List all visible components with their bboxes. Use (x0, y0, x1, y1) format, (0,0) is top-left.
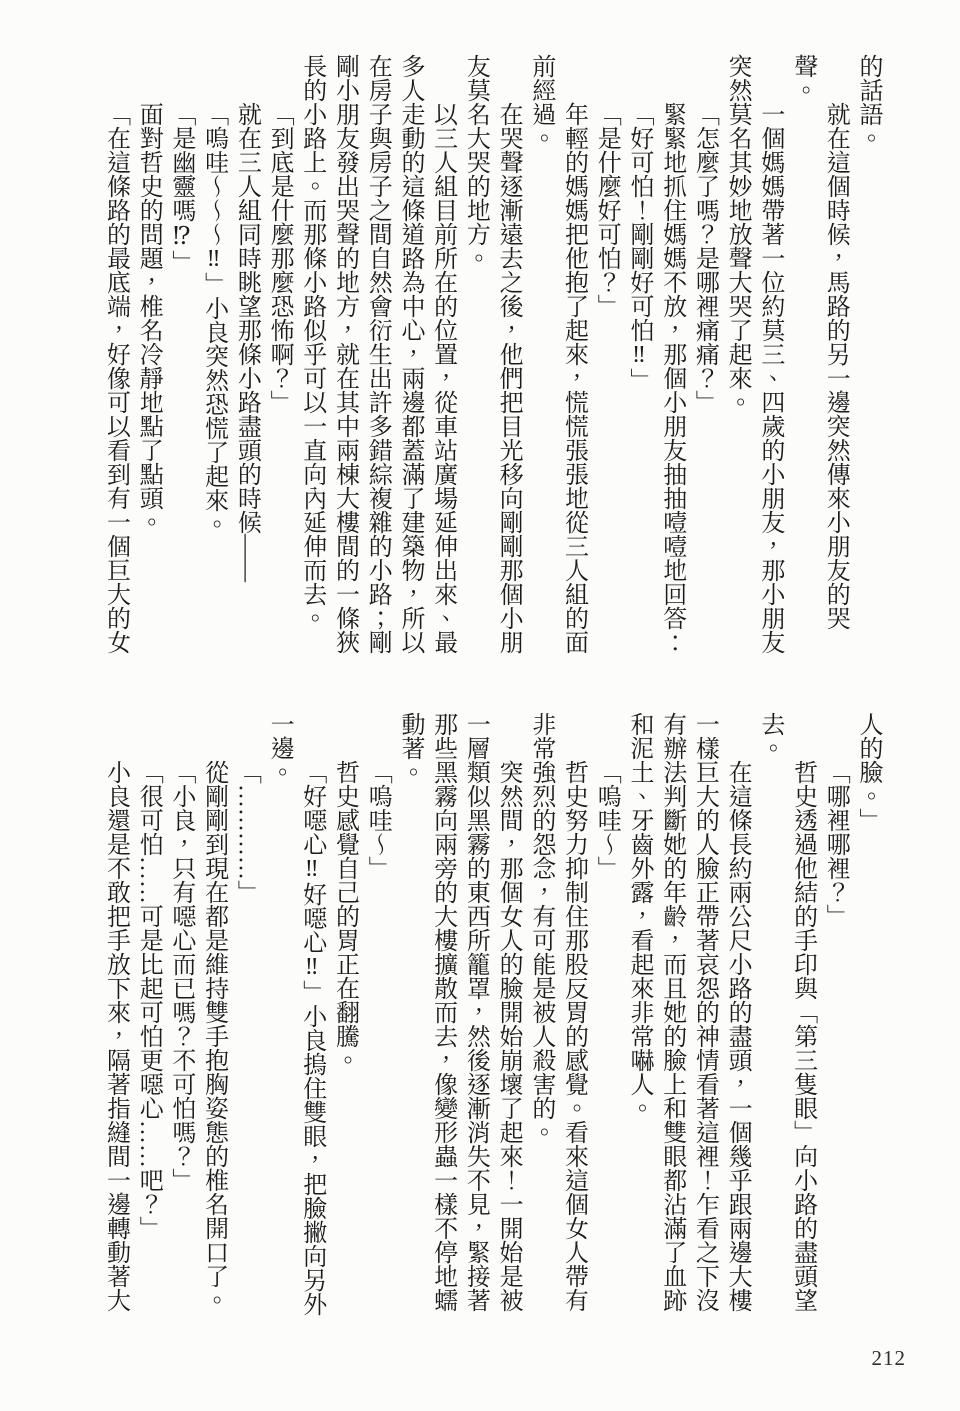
paragraph: 「小良，只有噁心而已嗎？不可怕嗎？」 (164, 712, 197, 1324)
paragraph: 「是什麼好可怕？」 (590, 54, 623, 666)
paragraph: 哲史努力抑制住那股反胃的感覺。看來這個女人帶有非常強烈的怨念，有可能是被人殺害的… (524, 712, 589, 1324)
paragraph: 的話語。 (851, 54, 884, 666)
paragraph: 「好噁心‼好噁心‼」小良摀住雙眼，把臉撇向另外一邊。 (262, 712, 327, 1324)
paragraph: 「好可怕！剛剛好可怕‼」 (622, 54, 655, 666)
text-block-top: 的話語。就在這個時候，馬路的另一邊突然傳來小朋友的哭聲。一個媽媽帶著一位約莫三、… (99, 54, 884, 666)
paragraph: 人的臉。」 (851, 712, 884, 1324)
text-block-bottom: 人的臉。」「哪裡哪裡？」哲史透過他結的手印與「第三隻眼」向小路的盡頭望去。在這條… (99, 712, 884, 1324)
paragraph: 「很可怕……可是比起可怕更噁心……吧？」 (131, 712, 164, 1324)
paragraph: 緊緊地抓住媽媽不放，那個小朋友抽抽噎噎地回答： (655, 54, 688, 666)
paragraph: 「嗚哇～～～‼」小良突然恐慌了起來。 (197, 54, 230, 666)
book-page: 的話語。就在這個時候，馬路的另一邊突然傳來小朋友的哭聲。一個媽媽帶著一位約莫三、… (0, 0, 960, 1411)
paragraph: 哲史感覺自己的胃正在翻騰。 (328, 712, 361, 1324)
paragraph: 以三人組目前所在的位置，從車站廣場延伸出來、最多人走動的這條道路為中心，兩邊都蓋… (295, 54, 459, 666)
paragraph: 「到底是什麼那麼恐怖啊？」 (262, 54, 295, 666)
paragraph: 「是幽靈嗎⁉」 (164, 54, 197, 666)
paragraph: 「哪裡哪裡？」 (819, 712, 852, 1324)
paragraph: 就在三人組同時眺望那條小路盡頭的時候—— (230, 54, 263, 666)
paragraph: 「…………」 (230, 712, 263, 1324)
paragraph: 「在這條路的最底端，好像可以看到有一個巨大的女 (99, 54, 132, 666)
paragraph: 「怎麼了嗎？是哪裡痛痛？」 (688, 54, 721, 666)
paragraph: 在哭聲逐漸遠去之後，他們把目光移向剛剛那個小朋友莫名大哭的地方。 (459, 54, 524, 666)
page-number: 212 (872, 1346, 907, 1371)
paragraph: 一個媽媽帶著一位約莫三、四歲的小朋友，那小朋友突然莫名其妙地放聲大哭了起來。 (720, 54, 785, 666)
paragraph: 在這條長約兩公尺小路的盡頭，一個幾乎跟兩邊大樓一樣巨大的人臉正帶著哀怨的神情看著… (622, 712, 753, 1324)
paragraph: 「嗚哇～」 (361, 712, 394, 1324)
paragraph: 面對哲史的問題，椎名冷靜地點了點頭。 (131, 54, 164, 666)
paragraph: 哲史透過他結的手印與「第三隻眼」向小路的盡頭望去。 (753, 712, 818, 1324)
paragraph: 突然間，那個女人的臉開始崩壞了起來！一開始是被一層類似黑霧的東西所籠罩，然後逐漸… (393, 712, 524, 1324)
paragraph: 「嗚哇～」 (590, 712, 623, 1324)
paragraph: 年輕的媽媽把他抱了起來，慌慌張張地從三人組的面前經過。 (524, 54, 589, 666)
paragraph: 從剛剛到現在都是維持雙手抱胸姿態的椎名開口了。 (197, 712, 230, 1324)
paragraph: 就在這個時候，馬路的另一邊突然傳來小朋友的哭聲。 (786, 54, 851, 666)
paragraph: 小良還是不敢把手放下來，隔著指縫間一邊轉動著大 (99, 712, 132, 1324)
